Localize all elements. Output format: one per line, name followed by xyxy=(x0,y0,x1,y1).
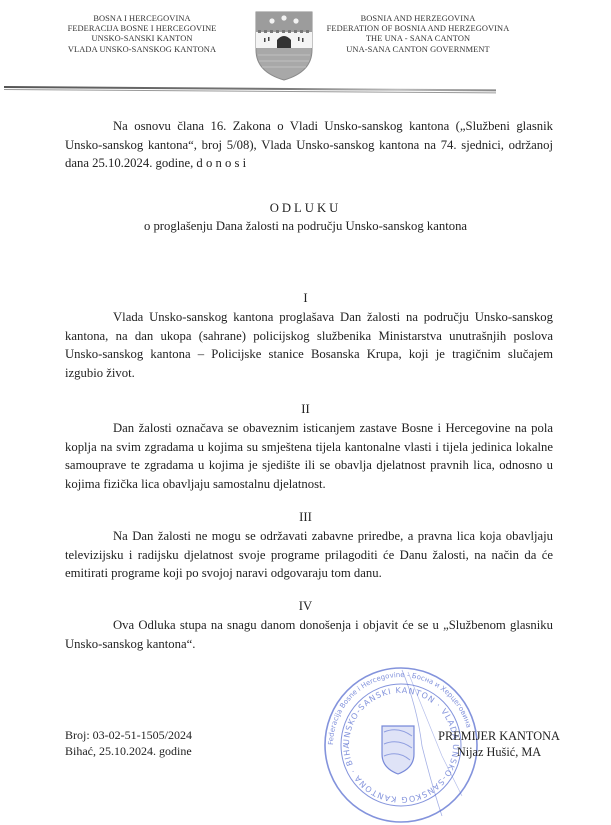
article-text: Ova Odluka stupa na snagu danom donošenj… xyxy=(65,618,553,651)
article-body: Vlada Unsko-sanskog kantona proglašava D… xyxy=(65,308,553,382)
document-title: ODLUKU xyxy=(0,201,611,216)
reference-number: Broj: 03-02-51-1505/2024 xyxy=(65,728,192,744)
article-number: III xyxy=(0,510,611,525)
letterhead-left: BOSNA I HERCEGOVINA FEDERACIJA BOSNE I H… xyxy=(62,14,222,55)
article-body: Ova Odluka stupa na snagu danom donošenj… xyxy=(65,616,553,653)
preamble-text: Na osnovu člana 16. Zakona o Vladi Unsko… xyxy=(65,119,553,170)
article-body: Na Dan žalosti ne mogu se održavati zaba… xyxy=(65,527,553,583)
letterhead-right-line: THE UNA - SANA CANTON xyxy=(318,34,518,44)
letterhead-right-line: FEDERATION OF BOSNIA AND HERZEGOVINA xyxy=(318,24,518,34)
letterhead-left-line: UNSKO-SANSKI KANTON xyxy=(62,34,222,44)
letterhead-left-line: VLADA UNSKO-SANSKOG KANTONA xyxy=(62,45,222,55)
letterhead-right-line: UNA-SANA CANTON GOVERNMENT xyxy=(318,45,518,55)
article-number: I xyxy=(0,291,611,306)
coat-of-arms-icon xyxy=(254,10,314,82)
letterhead-left-line: BOSNA I HERCEGOVINA xyxy=(62,14,222,24)
signatory-name: Nijaz Hušić, MA xyxy=(424,745,574,761)
document-reference: Broj: 03-02-51-1505/2024 Bihać, 25.10.20… xyxy=(65,728,192,759)
article-number: II xyxy=(0,402,611,417)
place-date: Bihać, 25.10.2024. godine xyxy=(65,744,192,760)
article-body: Dan žalosti označava se obaveznim istica… xyxy=(65,419,553,493)
letterhead-right-line: BOSNIA AND HERZEGOVINA xyxy=(318,14,518,24)
signatory-role: PREMIJER KANTONA xyxy=(424,729,574,745)
article-text: Vlada Unsko-sanskog kantona proglašava D… xyxy=(65,310,553,380)
signature-block: PREMIJER KANTONA Nijaz Hušić, MA xyxy=(424,729,574,760)
article-text: Dan žalosti označava se obaveznim istica… xyxy=(65,421,553,491)
letterhead-right: BOSNIA AND HERZEGOVINA FEDERATION OF BOS… xyxy=(318,14,518,55)
article-number: IV xyxy=(0,599,611,614)
preamble: Na osnovu člana 16. Zakona o Vladi Unsko… xyxy=(65,117,553,173)
document-subtitle: o proglašenju Dana žalosti na području U… xyxy=(0,219,611,234)
letterhead-left-line: FEDERACIJA BOSNE I HERCEGOVINE xyxy=(62,24,222,34)
article-text: Na Dan žalosti ne mogu se održavati zaba… xyxy=(65,529,553,580)
